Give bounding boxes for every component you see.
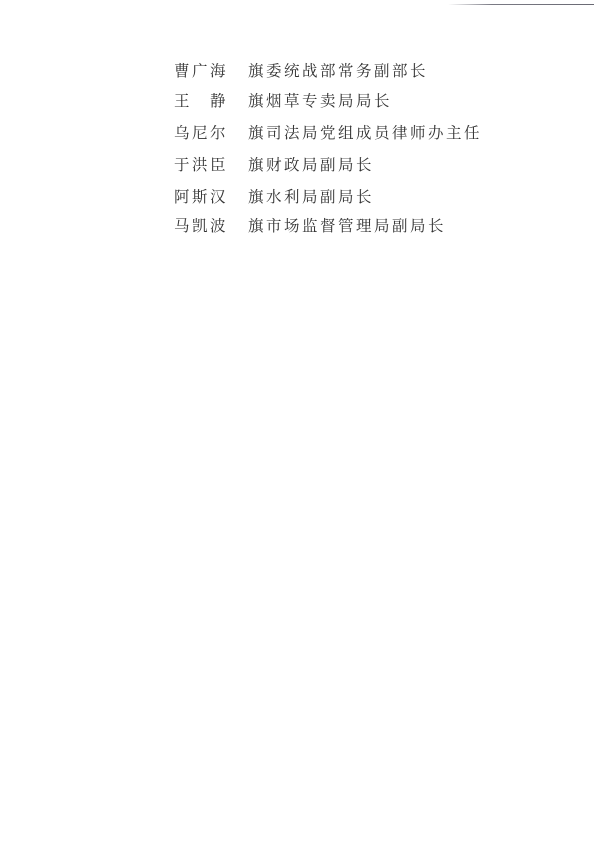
person-name: 阿斯汉 (174, 188, 244, 206)
person-title: 旗市场监督管理局副局长 (248, 217, 446, 235)
person-name: 马凯波 (174, 217, 244, 235)
person-title: 旗司法局党组成员律师办主任 (248, 124, 482, 142)
person-title: 旗烟草专卖局局长 (248, 92, 392, 110)
person-name: 乌尼尔 (174, 124, 244, 142)
person-name: 王 静 (174, 92, 244, 110)
person-name: 于洪臣 (174, 156, 244, 174)
person-name: 曹广海 (174, 62, 244, 80)
person-title: 旗委统战部常务副部长 (248, 62, 428, 80)
person-title: 旗财政局副局长 (248, 156, 374, 174)
scan-edge-line (448, 4, 594, 5)
person-title: 旗水利局副局长 (248, 188, 374, 206)
